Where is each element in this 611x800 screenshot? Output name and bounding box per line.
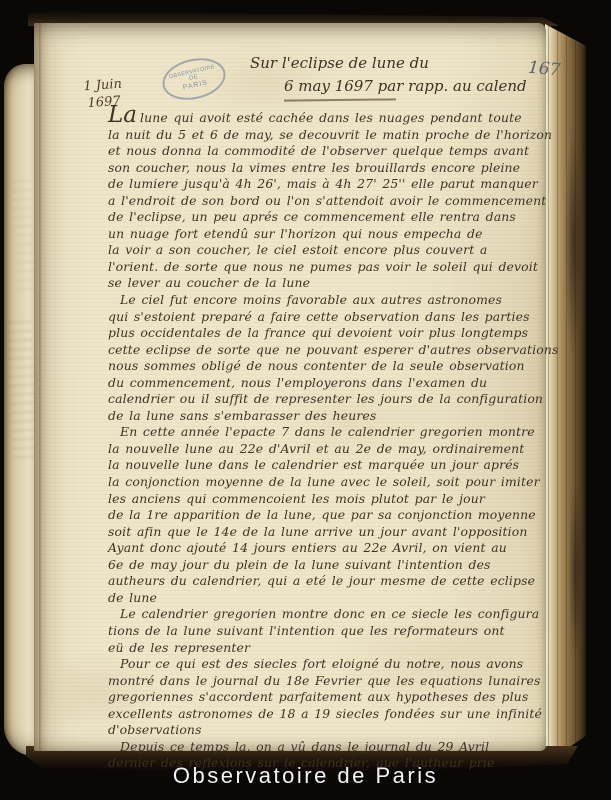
- manuscript-text-line: la nouvelle lune dans le calendrier est …: [108, 457, 566, 474]
- manuscript-text-line: se lever au coucher de la lune: [108, 275, 566, 292]
- photo-caption: Observatoire de Paris: [0, 763, 611, 789]
- manuscript-text-line: de lune: [108, 590, 566, 607]
- manuscript-text-line: Ayant donc ajouté 14 jours entiers au 22…: [108, 540, 566, 557]
- manuscript-text-line: soit afin que le 14e de la lune arrive u…: [108, 524, 566, 541]
- manuscript-text-line: tions de la lune suivant l'intention que…: [108, 623, 566, 640]
- manuscript-text-line: plus occidentales de la france qui devoi…: [108, 325, 566, 342]
- manuscript-text-line: Le ciel fut encore moins favorable aux a…: [108, 292, 566, 309]
- manuscript-text-line: les anciens qui commencoient les mois pl…: [108, 491, 566, 508]
- manuscript-text-line: de lumiere jusqu'à 4h 26', mais à 4h 27'…: [108, 176, 566, 193]
- manuscript-lines: la nuit du 5 et 6 de may, se decouvrit l…: [108, 127, 566, 772]
- manuscript-text-line: de l'eclipse, un peu aprés ce commenceme…: [108, 209, 566, 226]
- manuscript-text-line: son coucher, nous la vimes entre les bro…: [108, 160, 566, 177]
- manuscript-text-line: Le calendrier gregorien montre donc en c…: [108, 606, 566, 623]
- manuscript-photo: 167 OBSERVATOIRE DE PARIS 1 Juin 1697 Su…: [0, 0, 611, 800]
- manuscript-text-line: un nuage fort etendû sur l'horizon qui n…: [108, 226, 566, 243]
- title-line2: 6 may 1697 par rapp. au calend: [250, 75, 527, 98]
- manuscript-text-line: la nuit du 5 et 6 de may, se decouvrit l…: [108, 127, 566, 144]
- manuscript-text-line: et nous donna la commodité de l'observer…: [108, 143, 566, 160]
- manuscript-text-line: gregoriennes s'accordent parfaitement au…: [108, 689, 566, 706]
- manuscript-text-line: excellents astronomes de 18 a 19 siecles…: [108, 706, 566, 723]
- manuscript-text-line: la nouvelle lune au 22e d'Avril et au 2e…: [108, 441, 566, 458]
- stamp-text-bottom: PARIS: [182, 79, 209, 92]
- drop-initial: La: [108, 102, 137, 128]
- observatory-stamp: OBSERVATOIRE DE PARIS: [158, 52, 229, 105]
- manuscript-text-line: nous sommes obligé de nous contenter de …: [108, 358, 566, 375]
- page-title: Sur l'eclipse de lune du 6 may 1697 par …: [250, 52, 527, 98]
- manuscript-body: Lalune qui avoit esté cachée dans les nu…: [108, 107, 566, 772]
- manuscript-text-line: autheurs du calendrier, qui a eté le jou…: [108, 573, 566, 590]
- manuscript-text-line: la conjonction moyenne de la lune avec l…: [108, 474, 566, 491]
- manuscript-text-line: la voir a son coucher, le ciel estoit en…: [108, 242, 566, 259]
- manuscript-text-line: l'orient. de sorte que nous ne pumes pas…: [108, 259, 566, 276]
- manuscript-text-line: En cette année l'epacte 7 dans le calend…: [108, 424, 566, 441]
- folio-number: 167: [527, 58, 561, 81]
- manuscript-text-line: Depuis ce temps la, on a vû dans le jour…: [108, 739, 566, 756]
- manuscript-text-line: cette eclipse de sorte que ne pouvant es…: [108, 342, 566, 359]
- manuscript-text-line: d'observations: [108, 722, 566, 739]
- manuscript-text-line: de la lune sans s'embarasser des heures: [108, 408, 566, 425]
- first-line-text: lune qui avoit esté cachée dans les nuag…: [140, 110, 522, 125]
- title-line1: Sur l'eclipse de lune du: [250, 52, 527, 75]
- manuscript-page: 167 OBSERVATOIRE DE PARIS 1 Juin 1697 Su…: [34, 23, 546, 751]
- manuscript-text-line: montré dans le journal du 18e Fevrier qu…: [108, 673, 566, 690]
- manuscript-text-line: du commencement, nous l'employerons dans…: [108, 375, 566, 392]
- manuscript-text-line: calendrier ou il suffit de representer l…: [108, 391, 566, 408]
- manuscript-text-line: 6e de may jour du plein de la lune suiva…: [108, 557, 566, 574]
- manuscript-text-line: a l'endroit de son bord ou l'on s'attend…: [108, 193, 566, 210]
- manuscript-text-line: de la 1re apparition de la lune, que par…: [108, 507, 566, 524]
- manuscript-text-line: Pour ce qui est des siecles fort eloigné…: [108, 656, 566, 673]
- title-underline: [284, 98, 396, 101]
- manuscript-text-line: eü de les representer: [108, 640, 566, 657]
- manuscript-text-line: Lalune qui avoit esté cachée dans les nu…: [108, 107, 566, 127]
- manuscript-text-line: qui s'estoient preparé a faire cette obs…: [108, 309, 566, 326]
